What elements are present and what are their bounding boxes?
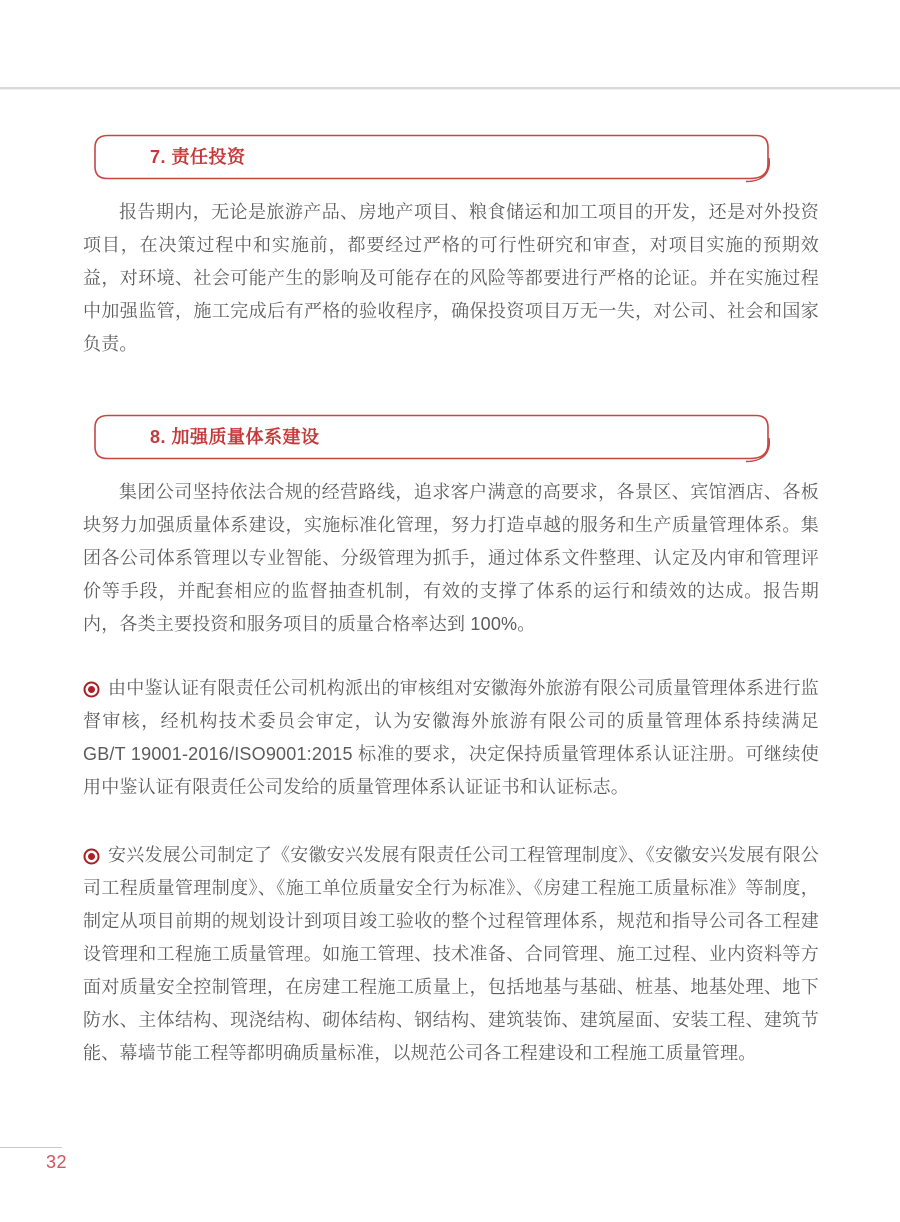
fisheye-bullet-icon	[88, 686, 95, 693]
section-8-title: 8. 加强质量体系建设	[94, 414, 777, 449]
footer-divider-rule	[0, 1147, 62, 1148]
fisheye-bullet-icon	[88, 853, 95, 860]
bullet-paragraph-text: 由中鉴认证有限责任公司机构派出的审核组对安徽海外旅游有限公司质量管理体系进行监督…	[83, 678, 819, 797]
report-page: 7. 责任投资 报告期内，无论是旅游产品、房地产项目、粮食储运和加工项目的开发，…	[0, 0, 900, 1222]
page-number: 32	[46, 1152, 67, 1173]
header-divider-rule	[0, 87, 900, 90]
section-7-header: 7. 责任投资	[94, 134, 777, 180]
section-7-title: 7. 责任投资	[94, 134, 777, 169]
section-8-paragraph: 集团公司坚持依法合规的经营路线，追求客户满意的高要求，各景区、宾馆酒店、各板块努…	[83, 476, 819, 641]
section-7-paragraph: 报告期内，无论是旅游产品、房地产项目、粮食储运和加工项目的开发，还是对外投资项目…	[83, 196, 819, 361]
bullet-paragraph-text: 安兴发展公司制定了《安徽安兴发展有限责任公司工程管理制度》、《安徽安兴发展有限公…	[83, 845, 819, 1063]
section-8-header: 8. 加强质量体系建设	[94, 414, 777, 460]
bullet-paragraph-anxing: 安兴发展公司制定了《安徽安兴发展有限责任公司工程管理制度》、《安徽安兴发展有限公…	[83, 839, 819, 1070]
bullet-paragraph-certification: 由中鉴认证有限责任公司机构派出的审核组对安徽海外旅游有限公司质量管理体系进行监督…	[83, 672, 819, 804]
